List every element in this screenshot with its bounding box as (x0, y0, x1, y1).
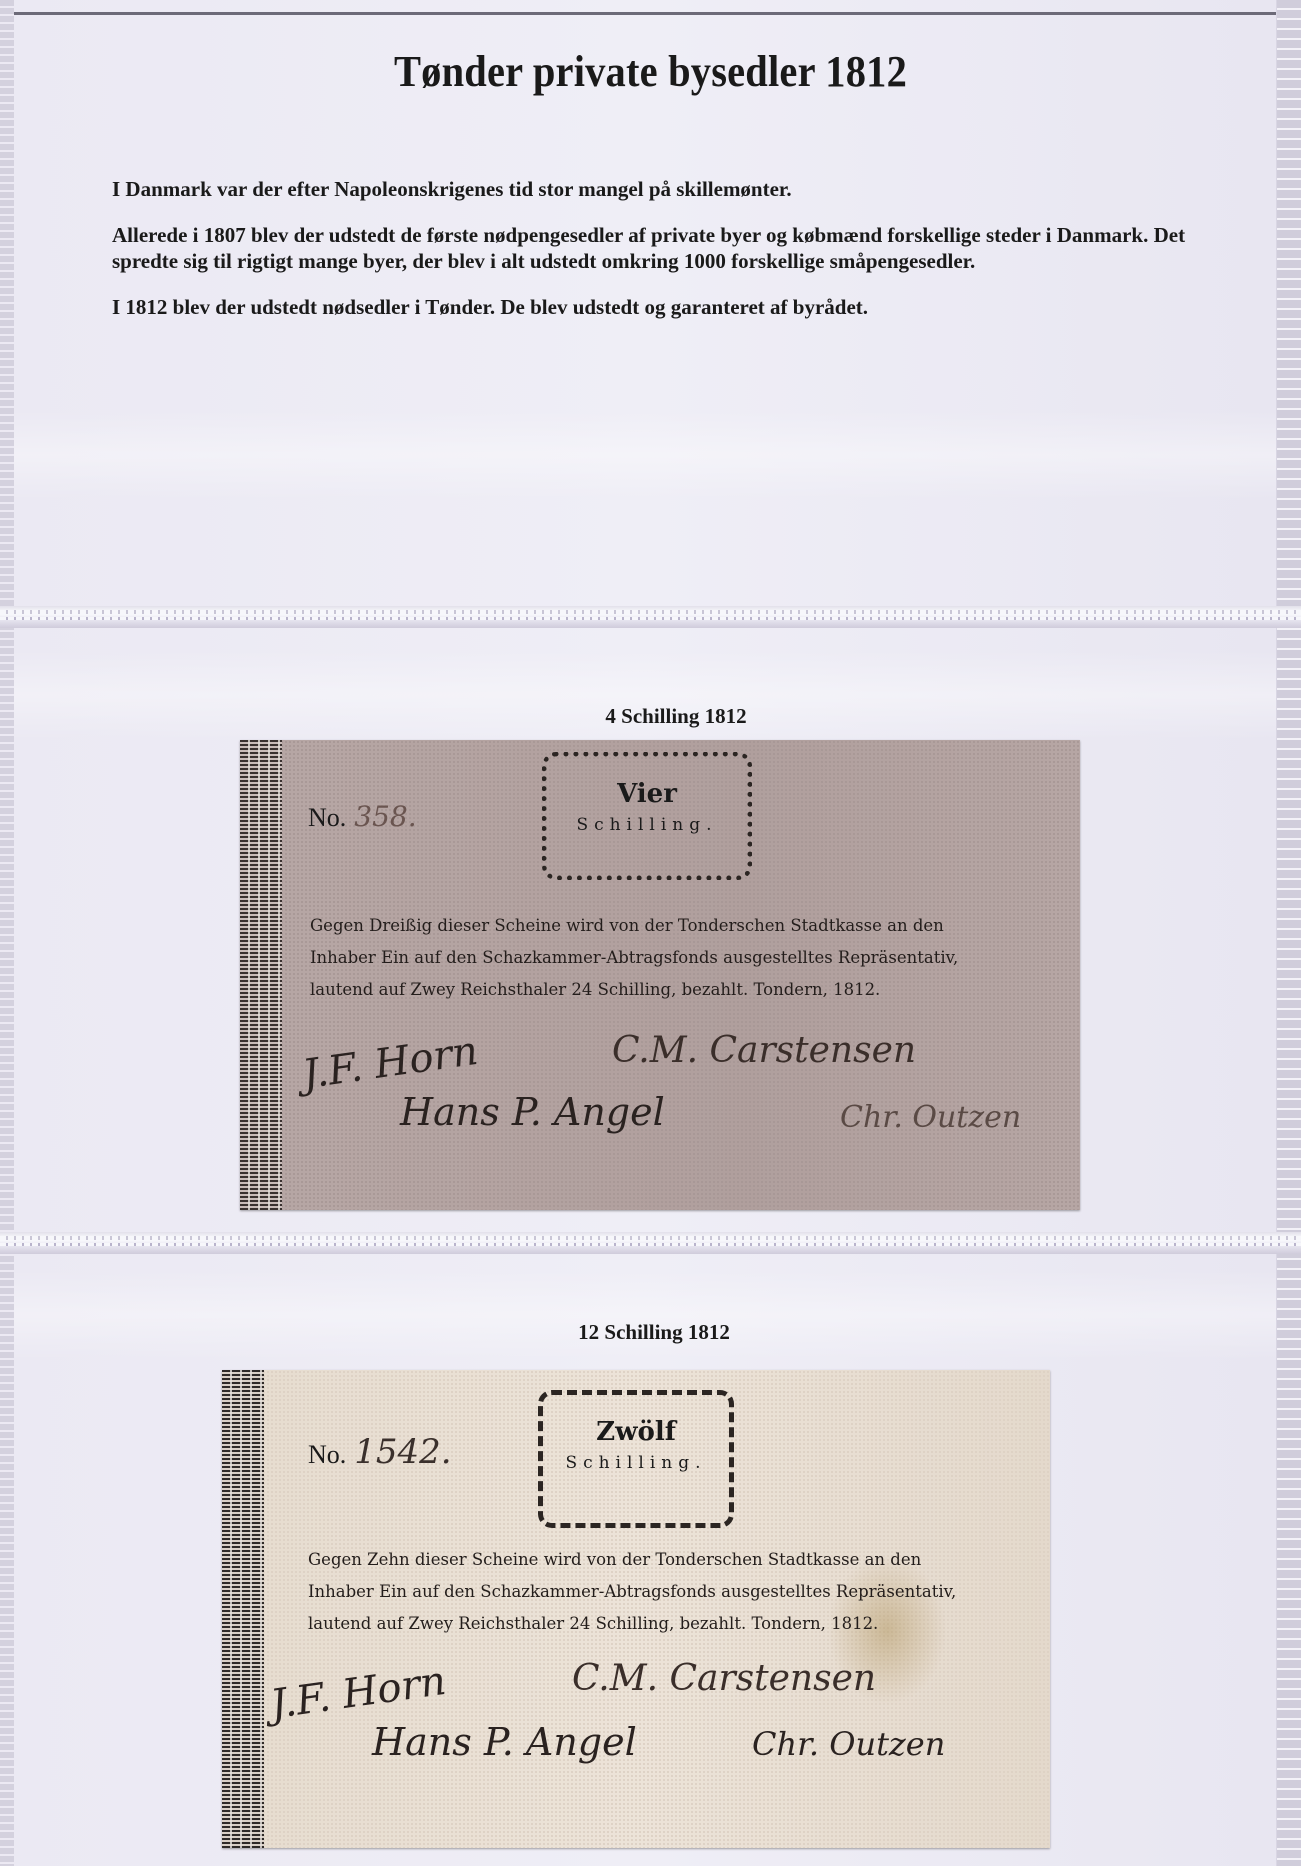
note-text-line: Gegen Zehn dieser Scheine wird von der T… (308, 1544, 1008, 1576)
signature: J.F. Horn (300, 1028, 481, 1098)
banknote-12-schilling: No.1542. Zwölf Schilling. Gegen Zehn die… (222, 1370, 1050, 1848)
signature: C.M. Carstensen (612, 1030, 916, 1071)
note-text: Gegen Dreißig dieser Scheine wird von de… (310, 910, 1030, 1006)
serial-label: No. (308, 803, 346, 832)
note-text-line: lautend auf Zwey Reichsthaler 24 Schilli… (310, 974, 1030, 1006)
intro-text: I Danmark var der efter Napoleonskrigene… (112, 176, 1222, 340)
note-text-line: Inhaber Ein auf den Schazkammer-Abtragsf… (308, 1576, 1008, 1608)
intro-paragraph: I Danmark var der efter Napoleonskrigene… (112, 176, 1222, 202)
binder-rail-right (1277, 0, 1301, 1866)
binder-rail-left (0, 0, 14, 1866)
plastic-glare (14, 410, 1276, 500)
note-caption: 12 Schilling 1812 (454, 1320, 854, 1345)
denomination-unit: Schilling. (543, 1453, 729, 1473)
note-text-line: lautend auf Zwey Reichsthaler 24 Schilli… (308, 1608, 1008, 1640)
denomination-unit: Schilling. (547, 815, 747, 835)
intro-paragraph: I 1812 blev der udstedt nødsedler i Tønd… (112, 294, 1222, 320)
signature: Hans P. Angel (372, 1720, 637, 1764)
signature: Hans P. Angel (400, 1090, 665, 1134)
note-text-line: Inhaber Ein auf den Schazkammer-Abtragsf… (310, 942, 1030, 974)
pocket-divider (0, 1232, 1301, 1254)
denomination-frame: Zwölf Schilling. (538, 1390, 734, 1528)
signature: Chr. Outzen (840, 1100, 1021, 1135)
pocket-divider (0, 606, 1301, 628)
signature: Chr. Outzen (752, 1725, 945, 1763)
intro-paragraph: Allerede i 1807 blev der udstedt de førs… (112, 222, 1222, 274)
serial-label: No. (308, 1440, 346, 1469)
page-title: Tønder private bysedler 1812 (52, 46, 1249, 97)
signature: C.M. Carstensen (572, 1658, 876, 1699)
serial-number: No.1542. (308, 1432, 452, 1472)
denomination-frame: Vier Schilling. (542, 752, 752, 880)
signature: J.F. Horn (268, 1658, 449, 1728)
note-text: Gegen Zehn dieser Scheine wird von der T… (308, 1544, 1008, 1640)
serial-number: No.358. (308, 800, 417, 833)
denomination-word: Vier (547, 779, 747, 809)
serial-value: 1542. (354, 1432, 451, 1472)
banknote-stub (222, 1370, 264, 1848)
pocket-top-edge (14, 12, 1276, 15)
note-text-line: Gegen Dreißig dieser Scheine wird von de… (310, 910, 1030, 942)
banknote-stub (240, 740, 282, 1210)
denomination-word: Zwölf (543, 1417, 729, 1447)
serial-value: 358. (354, 800, 416, 833)
banknote-4-schilling: No.358. Vier Schilling. Gegen Dreißig di… (240, 740, 1080, 1210)
plastic-glare (14, 1270, 1276, 1360)
note-caption: 4 Schilling 1812 (476, 704, 876, 729)
